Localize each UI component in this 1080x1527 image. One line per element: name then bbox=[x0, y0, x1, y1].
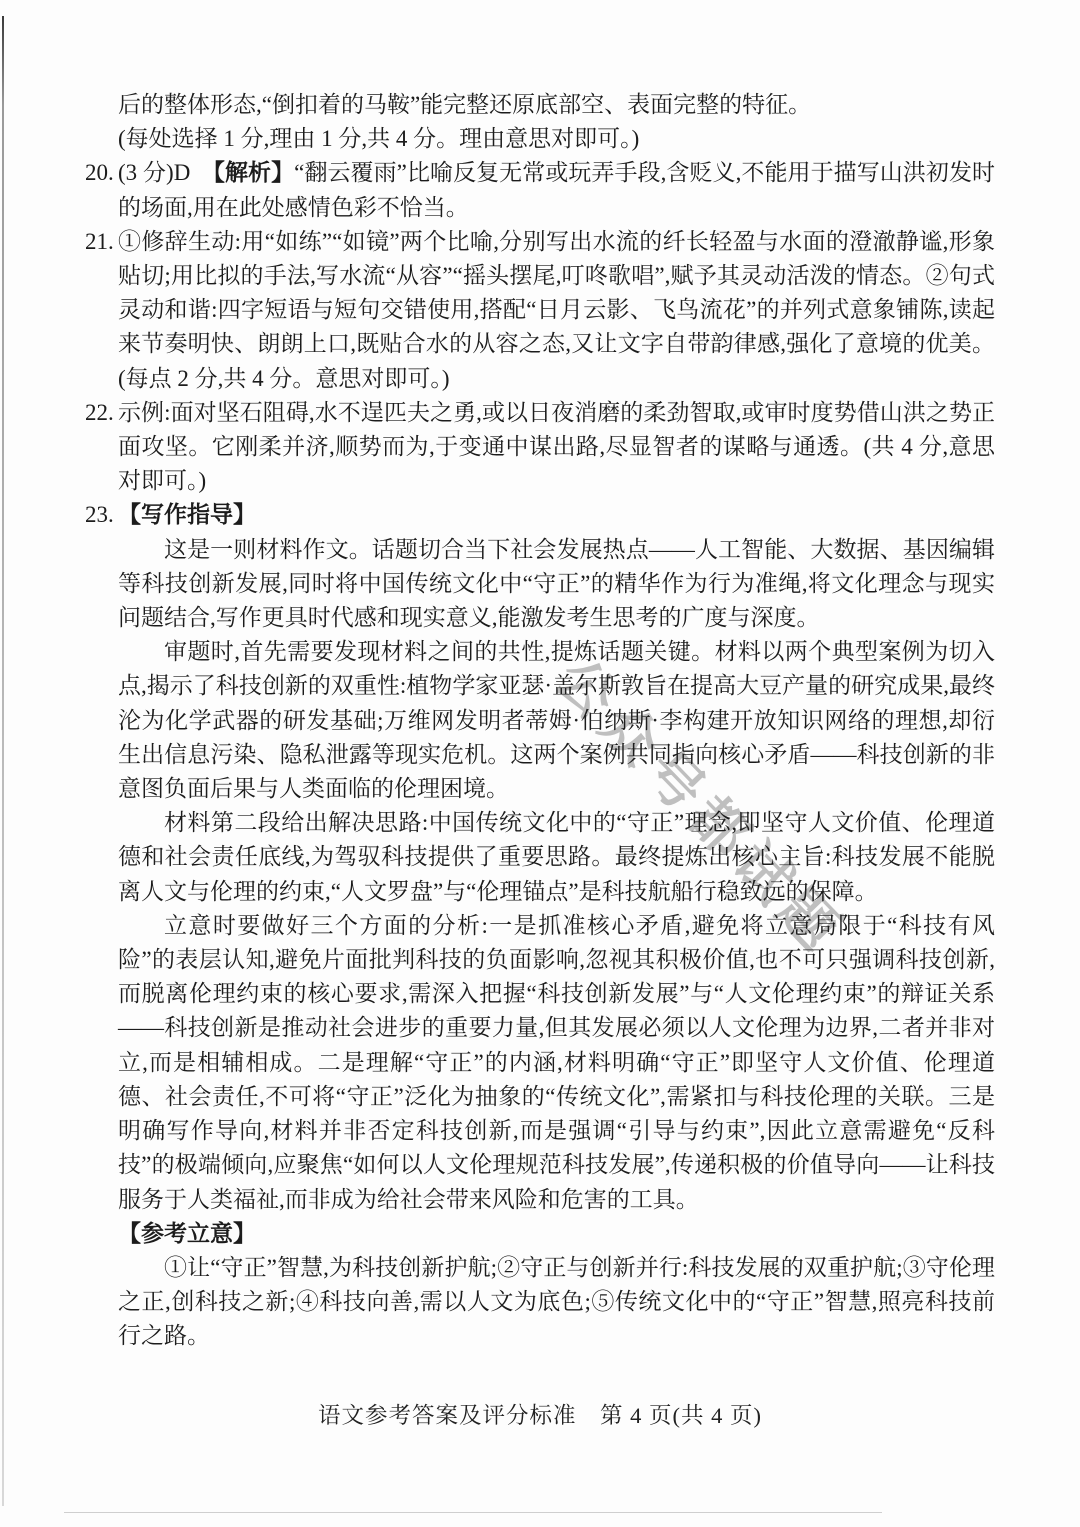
scanned-answer-page: 公众号都试题 后的整体形态,“倒扣着的马鞍”能完整还原底部空、表面完整的特征。 … bbox=[0, 0, 1080, 1527]
writing-guidance-paragraph-4: 立意时要做好三个方面的分析:一是抓准核心矛盾,避免将立意局限于“科技有风险”的表… bbox=[118, 909, 995, 1217]
writing-guidance-paragraph-1: 这是一则材料作文。话题切合当下社会发展热点——人工智能、大数据、基因编辑等科技创… bbox=[118, 533, 995, 636]
question-20-number: 20. bbox=[85, 156, 114, 190]
page-footer: 语文参考答案及评分标准 第 4 页(共 4 页) bbox=[0, 1398, 1080, 1430]
document-body: 后的整体形态,“倒扣着的马鞍”能完整还原底部空、表面完整的特征。 (每处选择 1… bbox=[118, 88, 995, 1354]
answer-item-22: 22. 示例:面对坚石阻碍,水不逞匹夫之勇,或以日夜消磨的柔劲智取,或审时度势借… bbox=[118, 396, 995, 499]
carryover-line: 后的整体形态,“倒扣着的马鞍”能完整还原底部空、表面完整的特征。 bbox=[118, 88, 995, 122]
analysis-label: 【解析】 bbox=[213, 160, 294, 185]
answer-item-20: 20. (3 分)D 【解析】“翻云覆雨”比喻反复无常或玩弄手段,含贬义,不能用… bbox=[118, 156, 995, 224]
writing-guidance-paragraph-3: 材料第二段给出解决思路:中国传统文化中的“守正”理念,即坚守人文价值、伦理道德和… bbox=[118, 806, 995, 909]
question-23-number: 23. bbox=[85, 498, 114, 532]
question-22-number: 22. bbox=[85, 396, 114, 430]
answer-20-choice: (3 分)D bbox=[118, 160, 213, 185]
scan-edge-line-left bbox=[2, 16, 4, 1506]
reference-ideas-title: 【参考立意】 bbox=[118, 1217, 995, 1251]
writing-guidance-paragraph-2: 审题时,首先需要发现材料之间的共性,提炼话题关键。材料以两个典型案例为切入点,揭… bbox=[118, 635, 995, 806]
scan-edge-line-bottom bbox=[64, 1512, 882, 1513]
reference-ideas-text: ①让“守正”智慧,为科技创新护航;②守正与创新并行:科技发展的双重护航;③守伦理… bbox=[118, 1251, 995, 1354]
answer-20-text: (3 分)D 【解析】“翻云覆雨”比喻反复无常或玩弄手段,含贬义,不能用于描写山… bbox=[118, 156, 995, 224]
carryover-score-note: (每处选择 1 分,理由 1 分,共 4 分。理由意思对即可。) bbox=[118, 122, 995, 156]
question-21-number: 21. bbox=[85, 225, 114, 259]
answer-21-text: ①修辞生动:用“如练”“如镜”两个比喻,分别写出水流的纤长轻盈与水面的澄澈静谧,… bbox=[118, 225, 995, 396]
answer-22-text: 示例:面对坚石阻碍,水不逞匹夫之勇,或以日夜消磨的柔劲智取,或审时度势借山洪之势… bbox=[118, 396, 995, 499]
writing-guidance-title: 【写作指导】 bbox=[118, 498, 995, 532]
answer-item-21: 21. ①修辞生动:用“如练”“如镜”两个比喻,分别写出水流的纤长轻盈与水面的澄… bbox=[118, 225, 995, 396]
answer-item-23: 23. 【写作指导】 这是一则材料作文。话题切合当下社会发展热点——人工智能、大… bbox=[118, 498, 995, 1353]
